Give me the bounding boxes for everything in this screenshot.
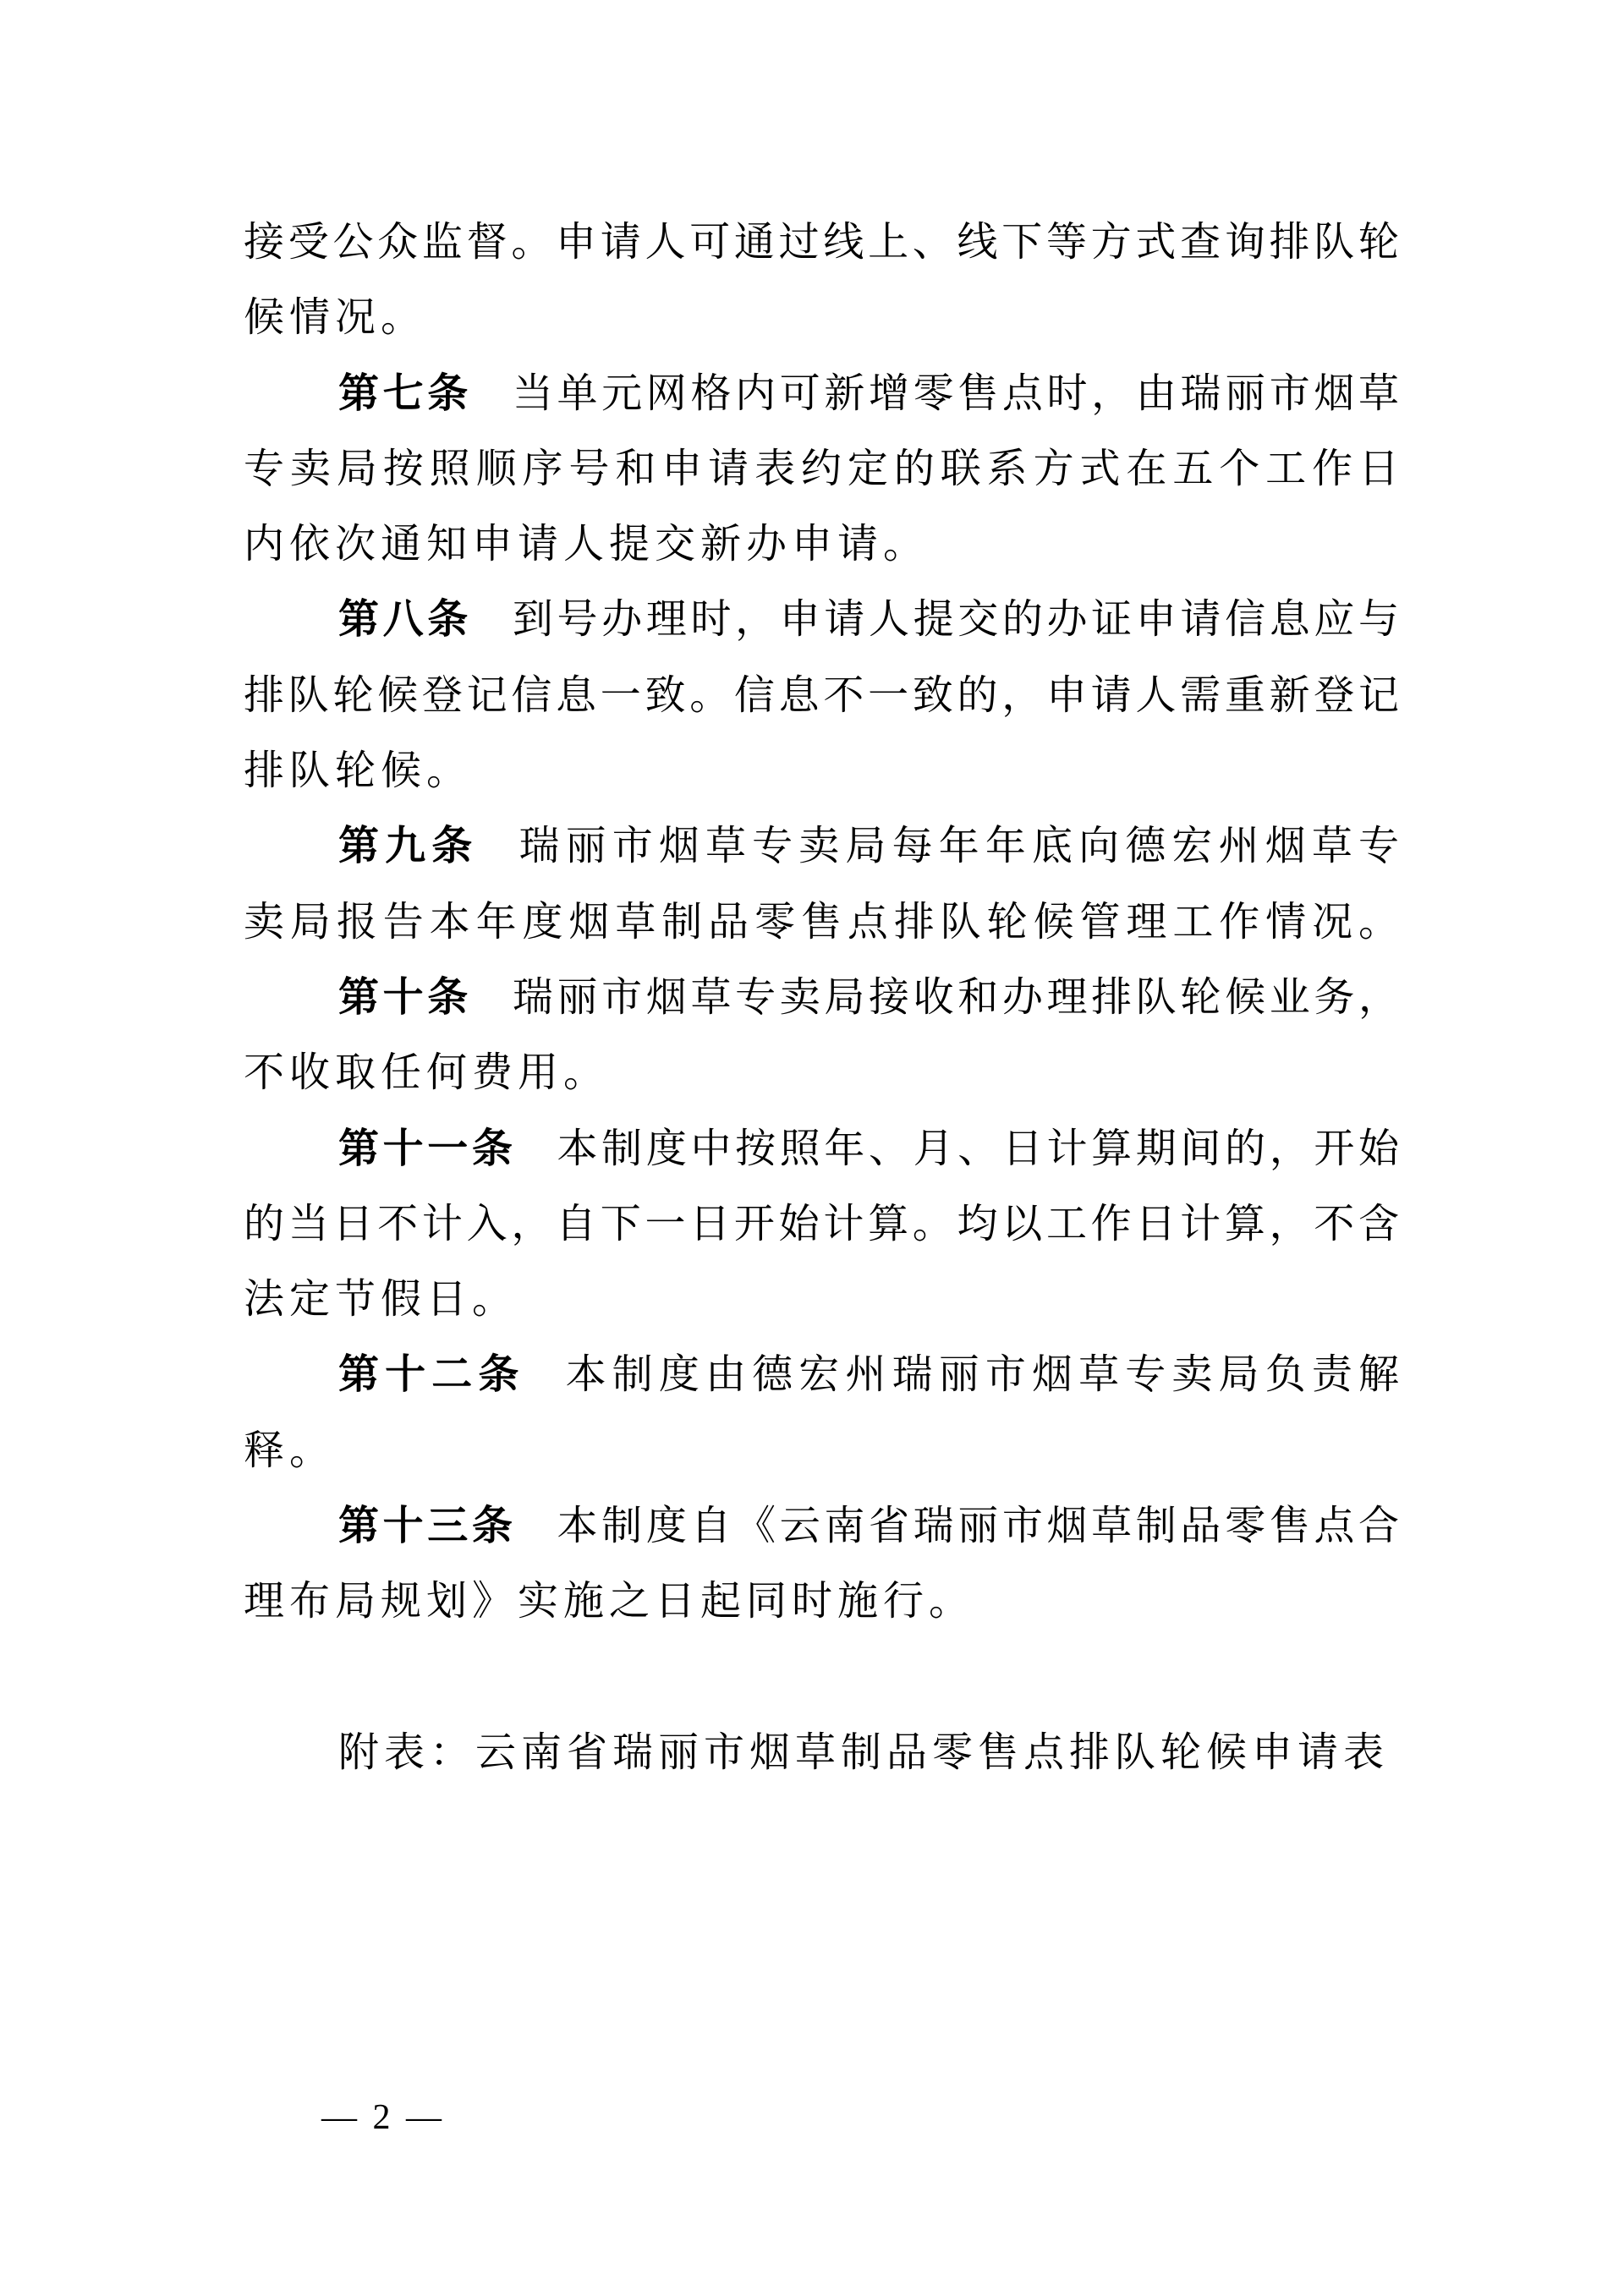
page-number: — 2 —: [321, 2097, 445, 2138]
article-term: 第十三条: [338, 1504, 517, 1548]
line-text: 释。: [244, 1428, 335, 1473]
line-text: 瑞丽市烟草专卖局每年年底向德宏州烟草专: [518, 824, 1402, 869]
line-text: 卖局报告本年度烟草制品零售点排队轮候管理工作情况。: [244, 900, 1402, 945]
text-line: 排队轮候。: [244, 733, 1402, 808]
document-page: 接受公众监督。申请人可通过线上、线下等方式查询排队轮 候情况。 第七条当单元网格…: [0, 0, 1624, 2296]
line-text: 理布局规划》实施之日起同时施行。: [244, 1579, 974, 1624]
text-line: 内依次通知申请人提交新办申请。: [244, 507, 1402, 582]
attachment-note-line: 附表：云南省瑞丽市烟草制品零售点排队轮候申请表: [244, 1715, 1402, 1790]
text-line: 排队轮候登记信息一致。信息不一致的，申请人需重新登记: [244, 658, 1402, 733]
article-13-line: 第十三条本制度自《云南省瑞丽市烟草制品零售点合: [244, 1488, 1402, 1564]
article-term: 第八条: [338, 597, 472, 642]
line-text: 不收取任何费用。: [244, 1050, 609, 1095]
article-term: 第七条: [338, 371, 472, 416]
line-text: 候情况。: [244, 295, 426, 340]
blank-line: [244, 1640, 1402, 1715]
line-text: 内依次通知申请人提交新办申请。: [244, 522, 929, 567]
text-line: 的当日不计入，自下一日开始计算。均以工作日计算，不含: [244, 1186, 1402, 1262]
article-9-line: 第九条瑞丽市烟草专卖局每年年底向德宏州烟草专: [244, 808, 1402, 884]
line-text: 接受公众监督。申请人可通过线上、线下等方式查询排队轮: [244, 220, 1402, 265]
line-text: 当单元网格内可新增零售点时，由瑞丽市烟草: [513, 371, 1402, 416]
article-term: 第十条: [338, 975, 472, 1020]
line-text: 本制度自《云南省瑞丽市烟草制品零售点合: [557, 1504, 1402, 1548]
article-term: 第九条: [338, 824, 478, 869]
document-body: 接受公众监督。申请人可通过线上、线下等方式查询排队轮 候情况。 第七条当单元网格…: [244, 205, 1402, 1790]
article-10-line: 第十条瑞丽市烟草专卖局接收和办理排队轮候业务，: [244, 960, 1402, 1035]
line-text: 专卖局按照顺序号和申请表约定的联系方式在五个工作日: [244, 447, 1402, 491]
article-11-line: 第十一条本制度中按照年、月、日计算期间的，开始: [244, 1111, 1402, 1186]
text-line: 不收取任何费用。: [244, 1035, 1402, 1110]
line-text: 本制度中按照年、月、日计算期间的，开始: [557, 1126, 1402, 1171]
line-text: 排队轮候登记信息一致。信息不一致的，申请人需重新登记: [244, 673, 1402, 718]
text-line: 候情况。: [244, 280, 1402, 355]
line-text: 到号办理时，申请人提交的办证申请信息应与: [513, 597, 1402, 642]
article-8-line: 第八条到号办理时，申请人提交的办证申请信息应与: [244, 582, 1402, 657]
article-7-line: 第七条当单元网格内可新增零售点时，由瑞丽市烟草: [244, 356, 1402, 431]
text-line: 法定节假日。: [244, 1262, 1402, 1337]
text-line: 接受公众监督。申请人可通过线上、线下等方式查询排队轮: [244, 205, 1402, 280]
article-term: 第十二条: [338, 1352, 525, 1397]
line-text: 瑞丽市烟草专卖局接收和办理排队轮候业务，: [513, 975, 1402, 1020]
line-text: 排队轮候。: [244, 748, 472, 793]
text-line: 释。: [244, 1413, 1402, 1488]
article-term: 第十一条: [338, 1126, 517, 1171]
text-line: 专卖局按照顺序号和申请表约定的联系方式在五个工作日: [244, 431, 1402, 507]
line-text: 本制度由德宏州瑞丽市烟草专卖局负责解: [566, 1352, 1402, 1397]
line-text: 法定节假日。: [244, 1277, 518, 1322]
line-text: 附表：云南省瑞丽市烟草制品零售点排队轮候申请表: [338, 1730, 1389, 1775]
text-line: 卖局报告本年度烟草制品零售点排队轮候管理工作情况。: [244, 885, 1402, 960]
article-12-line: 第十二条本制度由德宏州瑞丽市烟草专卖局负责解: [244, 1337, 1402, 1412]
text-line: 理布局规划》实施之日起同时施行。: [244, 1564, 1402, 1639]
line-text: 的当日不计入，自下一日开始计算。均以工作日计算，不含: [244, 1202, 1402, 1247]
